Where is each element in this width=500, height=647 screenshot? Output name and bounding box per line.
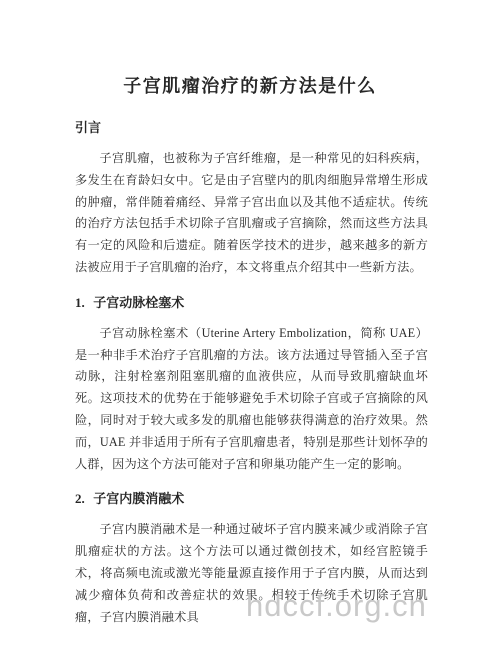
section-heading-text: 子宫动脉栓塞术 [93, 295, 184, 310]
section-heading-ablation: 2.子宫内膜消融术 [75, 490, 428, 508]
section-heading-intro: 引言 [75, 119, 428, 137]
page-title: 子宫肌瘤治疗的新方法是什么 [40, 74, 460, 99]
document-body: 引言 子宫肌瘤，也被称为子宫纤维瘤，是一种常见的妇科疾病，多发生在育龄妇女中。它… [75, 119, 428, 628]
section-heading-text: 子宫内膜消融术 [93, 491, 184, 506]
watermark-text: hdccf.org.cn [246, 588, 427, 624]
document-page: 子宫肌瘤治疗的新方法是什么 引言 子宫肌瘤，也被称为子宫纤维瘤，是一种常见的妇科… [0, 0, 500, 647]
section-heading-uae: 1.子宫动脉栓塞术 [75, 294, 428, 312]
paragraph-intro: 子宫肌瘤，也被称为子宫纤维瘤，是一种常见的妇科疾病，多发生在育龄妇女中。它是由子… [75, 148, 428, 279]
section-number: 2. [75, 491, 85, 506]
paragraph-uae: 子宫动脉栓塞术（Uterine Artery Embolization，简称 U… [75, 323, 428, 476]
section-number: 1. [75, 295, 85, 310]
